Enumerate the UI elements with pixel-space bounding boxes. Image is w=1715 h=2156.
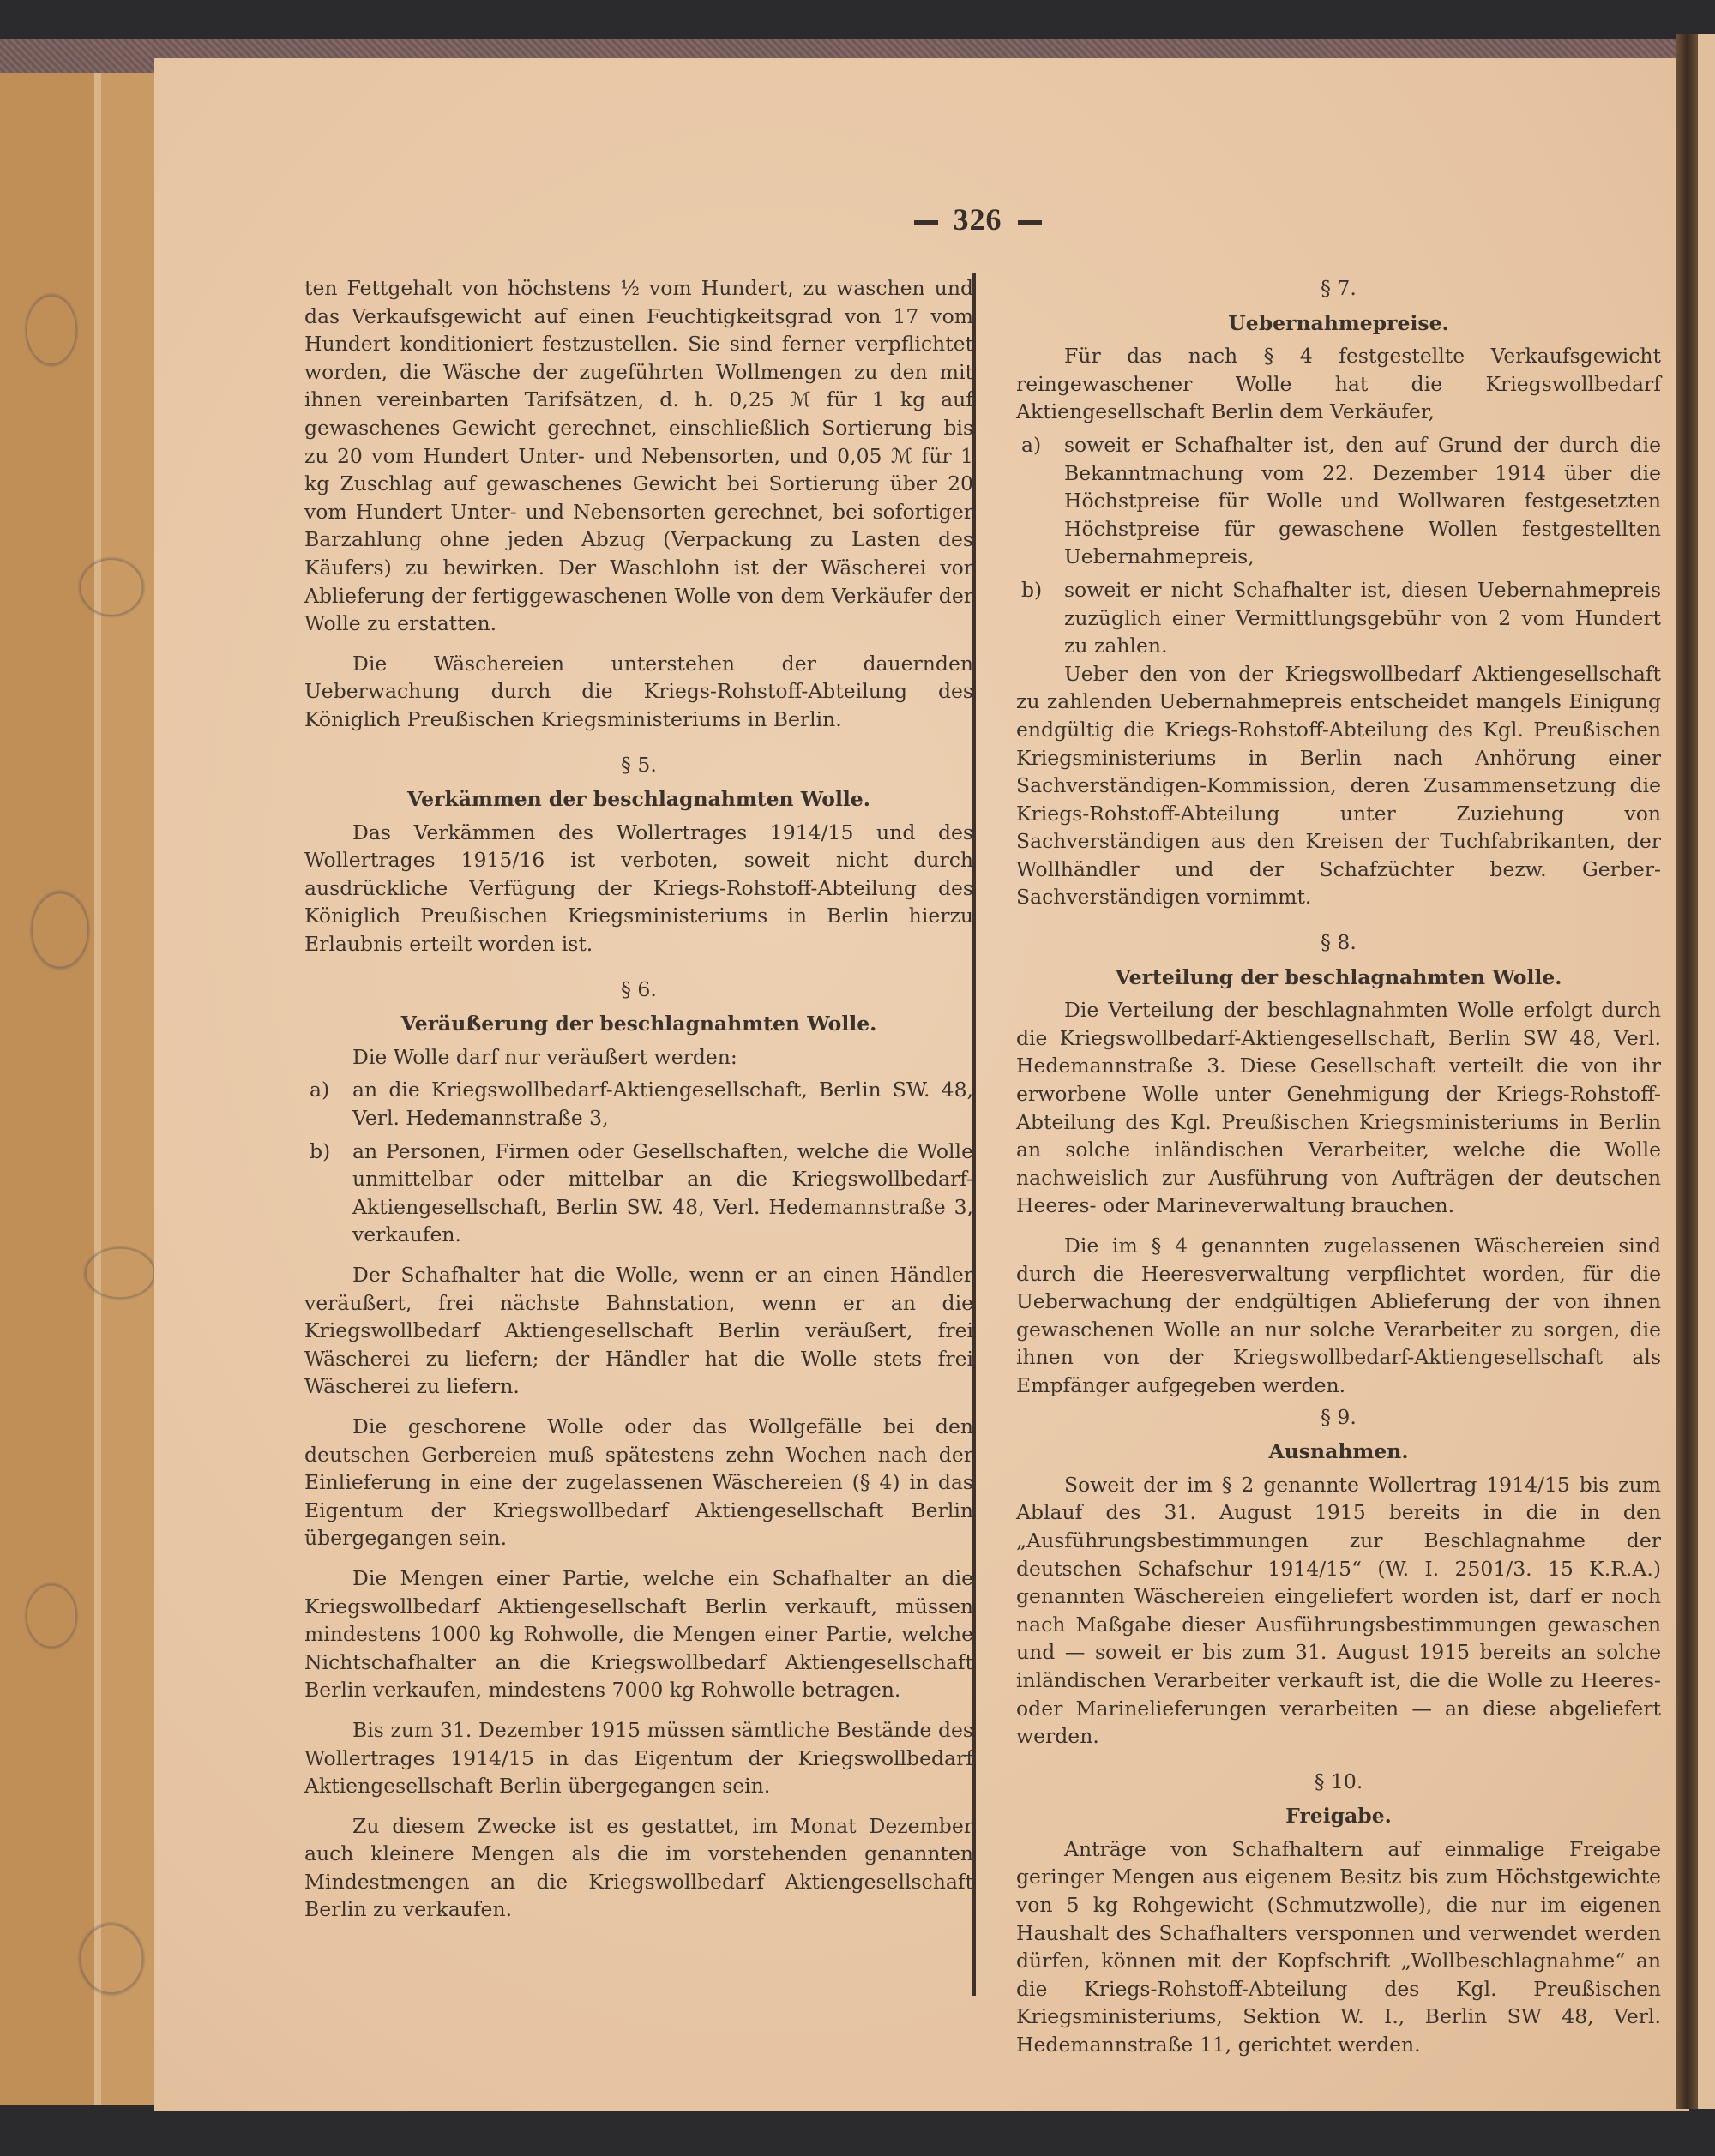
section-8-paragraph: Die im § 4 genannten zugelassenen Wäsche…	[1016, 1232, 1661, 1400]
page-header: 326	[892, 201, 1063, 237]
item-label: b)	[304, 1138, 352, 1249]
supervision-paragraph: Die Wäschereien unterstehen der dauernde…	[304, 650, 973, 734]
section-7-paragraph: Ueber den von der Kriegswollbedarf Aktie…	[1016, 660, 1661, 911]
section-6-number: § 6.	[304, 976, 973, 1004]
page-gutter	[1676, 34, 1698, 2109]
section-8-number: § 8.	[1016, 928, 1661, 957]
right-column: § 7. Uebernahmepreise. Für das nach § 4 …	[1016, 274, 1661, 2059]
left-column: ten Fettgehalt von höchstens ½ vom Hunde…	[304, 274, 973, 1924]
item-text: soweit er Schafhalter ist, den auf Grund…	[1064, 431, 1661, 571]
item-text: an Personen, Firmen oder Gesellschaften,…	[352, 1138, 973, 1249]
item-label: a)	[1016, 431, 1064, 571]
section-7-item-a: a) soweit er Schafhalter ist, den auf Gr…	[1016, 431, 1661, 571]
section-6-item-b: b) an Personen, Firmen oder Gesellschaft…	[304, 1138, 973, 1249]
section-6-title: Veräußerung der beschlagnahmten Wolle.	[304, 1010, 973, 1038]
page-number: 326	[954, 202, 1002, 237]
section-8-paragraph: Die Verteilung der beschlagnahmten Wolle…	[1016, 996, 1661, 1220]
dash-right	[1018, 220, 1042, 225]
item-text: soweit er nicht Schafhalter ist, diesen …	[1064, 576, 1661, 660]
section-7-item-b: b) soweit er nicht Schafhalter ist, dies…	[1016, 576, 1661, 660]
section-7-number: § 7.	[1016, 274, 1661, 303]
section-10-number: § 10.	[1016, 1768, 1661, 1796]
book-spine-marbled	[0, 73, 159, 2105]
section-5-title: Verkämmen der beschlagnahmten Wolle.	[304, 785, 973, 814]
adjacent-page-edge	[1698, 34, 1715, 2109]
dash-left	[914, 220, 938, 225]
section-6-paragraph: Der Schafhalter hat die Wolle, wenn er a…	[304, 1261, 973, 1401]
section-6-paragraph: Die Mengen einer Partie, welche ein Scha…	[304, 1564, 973, 1704]
item-label: a)	[304, 1076, 352, 1132]
section-9-title: Ausnahmen.	[1016, 1438, 1661, 1466]
continuation-paragraph: ten Fettgehalt von höchstens ½ vom Hunde…	[304, 274, 973, 638]
section-6-paragraph: Zu diesem Zwecke ist es gestattet, im Mo…	[304, 1812, 973, 1924]
section-6-paragraph: Die geschorene Wolle oder das Wollgefäll…	[304, 1413, 973, 1552]
item-text: an die Kriegswollbedarf-Aktiengesellscha…	[352, 1076, 973, 1132]
section-9-text: Soweit der im § 2 genannte Wollertrag 19…	[1016, 1471, 1661, 1751]
section-8-title: Verteilung der beschlagnahmten Wolle.	[1016, 964, 1661, 992]
item-label: b)	[1016, 576, 1064, 660]
section-10-text: Anträge von Schafhaltern auf einmalige F…	[1016, 1835, 1661, 2059]
section-5-text: Das Verkämmen des Wollertrages 1914/15 u…	[304, 819, 973, 958]
section-9-number: § 9.	[1016, 1403, 1661, 1432]
section-5-number: § 5.	[304, 751, 973, 779]
section-6-intro: Die Wolle darf nur veräußert werden:	[304, 1043, 973, 1072]
section-7-intro: Für das nach § 4 festgestellte Verkaufsg…	[1016, 342, 1661, 426]
section-10-title: Freigabe.	[1016, 1802, 1661, 1830]
section-6-paragraph: Bis zum 31. Dezember 1915 müssen sämtlic…	[304, 1716, 973, 1800]
section-7-title: Uebernahmepreise.	[1016, 309, 1661, 338]
section-6-item-a: a) an die Kriegswollbedarf-Aktiengesells…	[304, 1076, 973, 1132]
